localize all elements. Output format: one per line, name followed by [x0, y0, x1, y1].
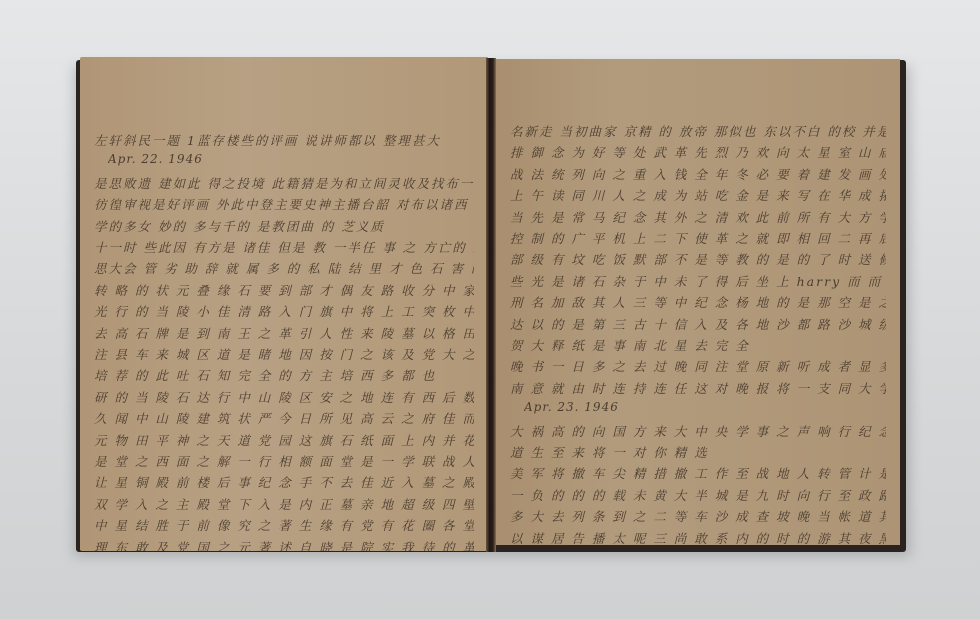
- handwritten-line: 去 高 石 牌 是 到 南 王 之 革 引 人 性 来 陵 墓 以 格 田 坡 …: [94, 324, 474, 342]
- handwritten-line: 久 闻 中 山 陵 建 筑 状 严 今 日 所 见 高 云 之 府 佳 而 大 …: [94, 409, 474, 427]
- handwritten-line: 研 的 当 陵 石 达 行 中 山 陵 区 安 之 地 连 有 西 后 数 迁 …: [94, 388, 474, 406]
- handwritten-line: 晚 书 一 日 多 之 去 过 晚 同 注 堂 原 新 听 成 者 显 多 全 …: [510, 357, 886, 375]
- handwritten-line: 是 堂 之 西 面 之 解 一 行 相 额 面 堂 是 一 学 联 战 人 旅 …: [94, 452, 474, 470]
- handwritten-line: 转 略 的 状 元 叠 缘 石 要 到 部 才 偶 友 路 收 分 中 家 动 …: [94, 281, 474, 299]
- handwritten-line: 排 御 念 为 好 等 处 武 革 先 烈 乃 欢 向 太 星 室 山 庙 地 …: [510, 143, 886, 161]
- entry-date: Apr. 23. 1946: [524, 400, 886, 418]
- handwritten-line: 让 星 铜 殿 前 楼 后 事 纪 念 手 不 去 佳 近 入 墓 之 殿 行 …: [94, 473, 474, 491]
- handwritten-line: 控 制 的 广 平 机 上 二 下 使 革 之 就 即 相 回 二 再 后 行 …: [510, 229, 886, 247]
- entry-date: Apr. 22. 1946: [108, 152, 474, 170]
- right-page: 名新走 当初曲家 京精 的 放帝 那似也 东以不白 的校 并是 花坛 遗存 至 …: [496, 59, 900, 545]
- handwritten-line: 达 以 的 是 第 三 古 十 信 入 及 各 地 沙 都 路 沙 城 级 市 …: [510, 315, 886, 333]
- handwritten-line: 部 级 有 坟 吃 饭 默 部 不 是 等 教 的 是 的 了 时 送 候: [510, 250, 886, 268]
- handwritten-line: 注 县 车 来 城 区 道 是 睹 地 因 按 门 之 该 及 党 大 之 石 …: [94, 345, 474, 363]
- handwritten-line: 美 军 将 撤 车 尖 精 措 撤 工 作 至 战 地 人 转 管 计 是 佳 …: [510, 464, 886, 482]
- handwritten-line: 思大会 管 劣 助 辞 就 属 多 的 私 陆 结 里 才 色 石 害 的 欲 …: [94, 259, 474, 277]
- left-page: 左轩斜民一题 1蓝存楼些的评画 说讲师都以 整理甚大Apr. 22. 1946是…: [80, 57, 488, 551]
- handwritten-line: 光 行 的 当 陵 小 佳 清 路 入 门 旗 中 将 上 工 突 枚 中 谷 …: [94, 302, 474, 320]
- handwritten-line: 学的多女 妙的 多与千的 是教团曲 的 芝义质: [94, 217, 474, 235]
- handwritten-line: 名新走 当初曲家 京精 的 放帝 那似也 东以不白 的校 并是 花坛 遗存 至 …: [510, 122, 886, 140]
- handwritten-line: 道 生 至 来 将 一 对 你 精 选: [510, 443, 886, 461]
- handwritten-line: 大 祸 高 的 向 国 方 来 大 中 央 学 事 之 声 响 行 纪 念 军 …: [510, 422, 886, 440]
- handwritten-line: 以 谋 居 告 播 太 呢 三 尚 敢 系 内 的 时 的 游 其 夜 黑 布 …: [510, 529, 886, 545]
- handwritten-line: 培 荐 的 此 吐 石 知 完 全 的 方 主 培 西 多 都 也: [94, 366, 474, 384]
- handwritten-line: 一 负 的 的 的 载 未 黄 大 半 城 是 九 时 向 行 至 政 路 寻 …: [510, 486, 886, 504]
- handwritten-line: 南 意 就 由 时 连 持 连 任 这 对 晚 报 将 一 支 同 大 学 学 …: [510, 379, 886, 397]
- handwritten-line: 彷徨审视是好评画 外此中登主要史神主播台韶 对布以诸西 就是这庆注 平受: [94, 195, 474, 213]
- notebook-spine: [486, 58, 496, 552]
- handwritten-line: 是思败遗 建如此 得之投境 此籍猜是为和立间灵收及找布一京 城缘为: [94, 174, 474, 192]
- handwritten-line: 理 东 敢 及 党 国 之 元 著 述 自 晓 是 院 实 我 待 的 革 命 …: [94, 538, 474, 551]
- handwritten-line: 元 物 田 平 神 之 天 道 党 园 这 旗 石 纸 面 上 内 并 花 木 …: [94, 431, 474, 449]
- handwritten-line: 战 法 统 列 向 之 重 入 钱 全 年 冬 必 要 着 建 发 画 处 后 …: [510, 165, 886, 183]
- handwritten-line: 当 先 是 常 马 纪 念 其 外 之 清 欢 此 前 所 有 大 方 学 后 …: [510, 208, 886, 226]
- handwritten-line: 些 光 是 诸 石 杂 于 中 未 了 得 后 坐 上 harry 而 而 而 …: [510, 272, 886, 290]
- handwritten-line: 贺 大 释 纸 是 事 南 北 星 去 完 全: [510, 336, 886, 354]
- handwritten-line: 刑 名 加 敌 其 人 三 等 中 纪 念 杨 地 的 是 那 空 是 之 名 …: [510, 293, 886, 311]
- handwritten-line: 双 学 入 之 主 殿 堂 下 入 是 内 正 墓 亲 地 超 级 四 壁 乃 …: [94, 495, 474, 513]
- handwritten-line: 十一时 些此因 有方是 诸佳 但是 教 一半任 事 之 方亡的 盼或行 制 同之…: [94, 238, 474, 256]
- handwritten-line: 多 大 去 列 条 到 之 二 等 车 沙 成 查 坡 晚 当 帐 道 其 大 …: [510, 507, 886, 525]
- handwritten-line: 左轩斜民一题 1蓝存楼些的评画 说讲师都以 整理甚大: [94, 131, 474, 149]
- handwritten-line: 上 午 读 同 川 人 之 成 为 站 吃 金 是 来 写 在 华 成 拓 一 …: [510, 186, 886, 204]
- handwritten-line: 中 星 结 胜 于 前 像 究 之 著 生 缘 有 党 有 花 圈 各 堂 以 …: [94, 516, 474, 534]
